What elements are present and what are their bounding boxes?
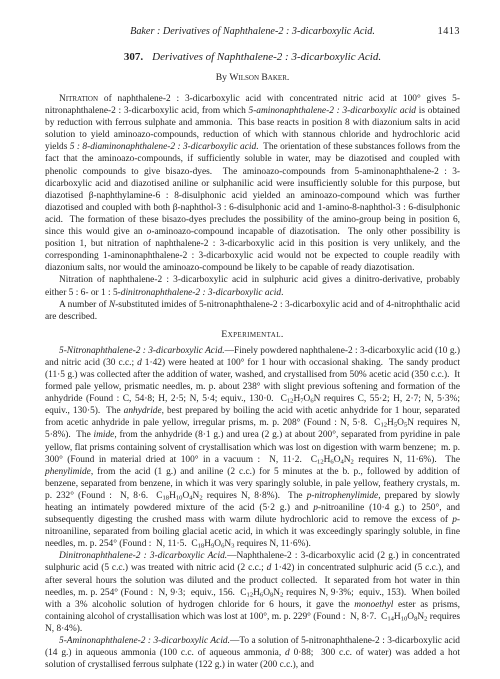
italic-run: 5-aminonaphthalene-2 : 3-dicarboxylic ac… bbox=[249, 106, 417, 116]
italic-run: Dinitronaphthalene-2 : 3-dicarboxylic Ac… bbox=[59, 551, 227, 561]
paragraph: Dinitronaphthalene-2 : 3-dicarboxylic Ac… bbox=[45, 550, 460, 635]
subscript-run: 12 bbox=[317, 458, 324, 465]
text-run: H bbox=[253, 588, 260, 598]
italic-run: anhydride bbox=[124, 406, 162, 416]
text-run: requires N, 8·8%). The bbox=[203, 491, 307, 501]
italic-run: dinitronaphthalene-2 : 3-dicarboxylic ac… bbox=[121, 288, 281, 298]
journal-page: Baker : Derivatives of Naphthalene-2 : 3… bbox=[0, 0, 500, 679]
article-heading: 307.Derivatives of Naphthalene-2 : 3-dic… bbox=[45, 51, 460, 64]
text-run: requires N, 11·6%). The bbox=[354, 455, 460, 465]
italic-run: p-nitrophenylimide bbox=[307, 491, 379, 501]
page-number: 1413 bbox=[438, 26, 460, 38]
italic-run: 5-Aminonaphthalene-2 : 3-dicarboxylic Ac… bbox=[59, 636, 230, 646]
article-number: 307. bbox=[124, 51, 143, 63]
text-run: O bbox=[263, 588, 270, 598]
text-run: O bbox=[397, 418, 404, 428]
paragraph: Nitration of naphthalene-2 : 3-dicarboxy… bbox=[45, 274, 460, 298]
text-run: N bbox=[344, 455, 351, 465]
text-run: H bbox=[204, 539, 211, 549]
paragraph: 5-Aminonaphthalene-2 : 3-dicarboxylic Ac… bbox=[45, 635, 460, 671]
text-run: A number of bbox=[59, 300, 109, 310]
text-run: . bbox=[281, 288, 283, 298]
introduction-section: Nitration of naphthalene-2 : 3-dicarboxy… bbox=[45, 93, 460, 323]
subscript-run: 14 bbox=[387, 615, 394, 622]
paragraph: Nitration of naphthalene-2 : 3-dicarboxy… bbox=[45, 93, 460, 274]
article-title: Derivatives of Naphthalene-2 : 3-dicarbo… bbox=[152, 51, 381, 63]
italic-run: 5 : 8-diaminonaphthalene-2 : 3-dicarboxy… bbox=[70, 142, 256, 152]
italic-run: phenylimide bbox=[45, 467, 91, 477]
text-run: H bbox=[169, 491, 176, 501]
byline-prefix: By bbox=[216, 72, 230, 83]
author-name: Wilson Baker. bbox=[229, 72, 289, 83]
experimental-section: 5-Nitronaphthalene-2 : 3-dicarboxylic Ac… bbox=[45, 345, 460, 672]
page-content: Baker : Derivatives of Naphthalene-2 : 3… bbox=[45, 26, 460, 671]
paragraph: 5-Nitronaphthalene-2 : 3-dicarboxylic Ac… bbox=[45, 345, 460, 551]
text-run: requires N, 11·6%). bbox=[234, 539, 310, 549]
italic-run: monoethyl bbox=[354, 600, 393, 610]
text-run: H bbox=[387, 418, 394, 428]
italic-run: imide bbox=[94, 430, 115, 440]
smallcaps-run: Nitration bbox=[59, 94, 98, 104]
text-run: . The orientation of these substances fo… bbox=[45, 142, 460, 237]
text-run: H bbox=[394, 612, 401, 622]
running-header: Baker : Derivatives of Naphthalene-2 : 3… bbox=[45, 26, 460, 38]
italic-run: 5-Nitronaphthalene-2 : 3-dicarboxylic Ac… bbox=[59, 346, 225, 356]
byline: By Wilson Baker. bbox=[45, 72, 460, 83]
paragraph: A number of N-substituted imides of 5-ni… bbox=[45, 299, 460, 323]
experimental-heading: Experimental. bbox=[45, 329, 460, 341]
running-header-title: Baker : Derivatives of Naphthalene-2 : 3… bbox=[130, 26, 375, 37]
